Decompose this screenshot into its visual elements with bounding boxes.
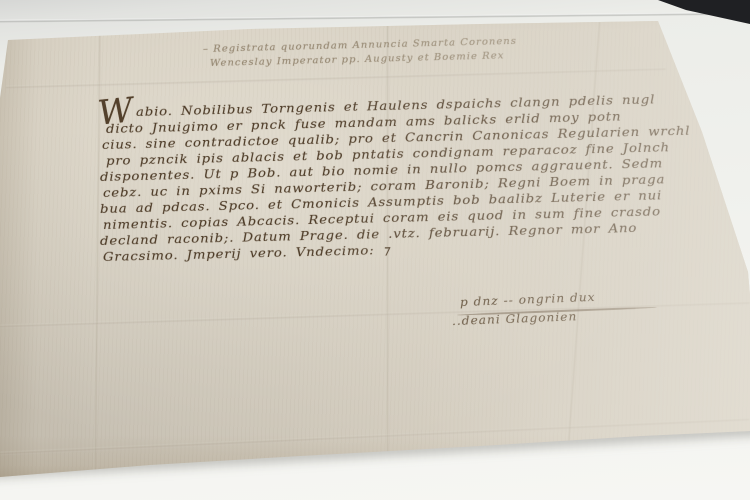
photo-frame: – Registrata quorundam Annuncia Smarta C… [0,0,750,500]
paper-crease-horizontal-top [6,68,666,89]
manuscript-paper: – Registrata quorundam Annuncia Smarta C… [0,0,750,500]
background-surface-edge [0,12,750,23]
paper-crease-horizontal-middle [0,301,750,328]
